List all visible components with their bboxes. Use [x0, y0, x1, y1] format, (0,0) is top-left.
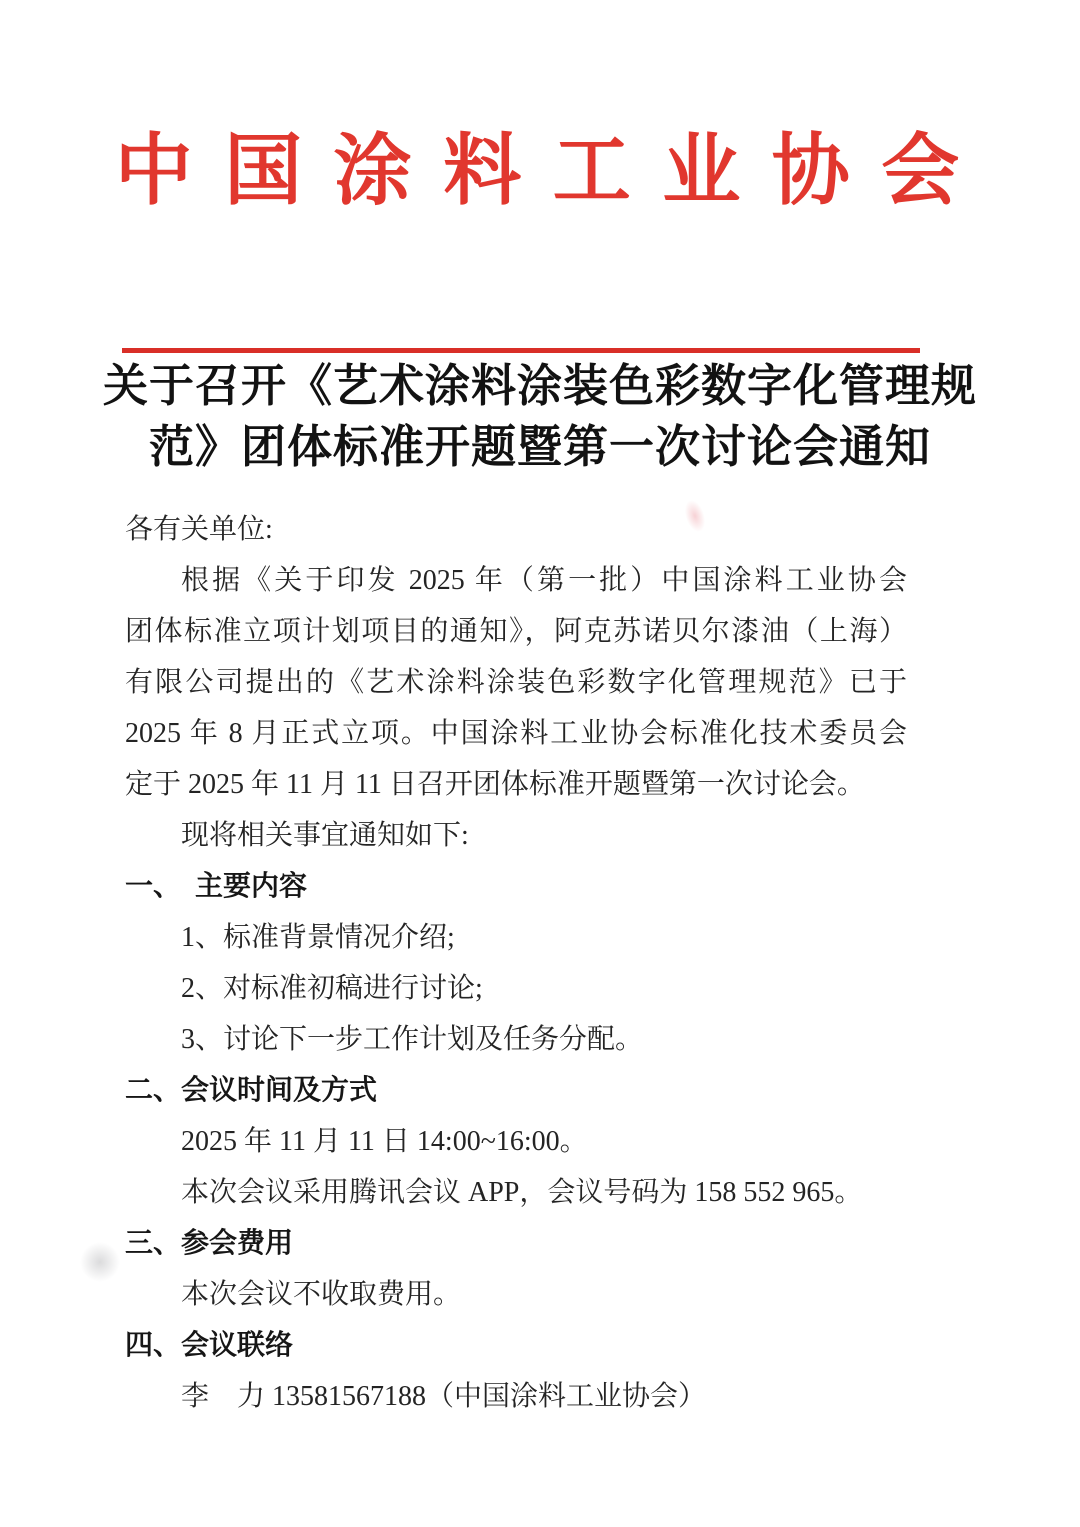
- letterhead-divider-line: [122, 348, 920, 353]
- scan-artifact-smudge: [73, 1235, 127, 1289]
- section-1-heading: 一、 主要内容: [125, 861, 907, 912]
- section-1-item-1: 1、标准背景情况介绍;: [125, 912, 907, 963]
- salutation-line: 各有关单位:: [125, 504, 907, 555]
- section-fees: 三、参会费用 本次会议不收取费用。: [125, 1218, 907, 1320]
- paragraph-line: 定于 2025 年 11 月 11 日召开团体标准开题暨第一次讨论会。: [125, 759, 907, 810]
- document-title: 关于召开《艺术涂料涂装色彩数字化管理规 范》团体标准开题暨第一次讨论会通知: [70, 356, 1010, 478]
- section-meeting-time: 二、会议时间及方式 2025 年 11 月 11 日 14:00~16:00。 …: [125, 1065, 907, 1218]
- section-2-item-1: 2025 年 11 月 11 日 14:00~16:00。: [125, 1116, 907, 1167]
- document-body: 各有关单位: 根据《关于印发 2025 年（第一批）中国涂料工业协会 团体标准立…: [125, 504, 907, 1422]
- paragraph-line: 2025 年 8 月正式立项。中国涂料工业协会标准化技术委员会: [125, 708, 907, 759]
- intro-paragraph: 根据《关于印发 2025 年（第一批）中国涂料工业协会 团体标准立项计划项目的通…: [125, 555, 907, 810]
- paragraph-line: 有限公司提出的《艺术涂料涂装色彩数字化管理规范》已于: [125, 657, 907, 708]
- section-4-heading: 四、会议联络: [125, 1320, 907, 1371]
- section-2-heading: 二、会议时间及方式: [125, 1065, 907, 1116]
- section-3-item-1: 本次会议不收取费用。: [125, 1269, 907, 1320]
- section-main-content: 一、 主要内容 1、标准背景情况介绍; 2、对标准初稿进行讨论; 3、讨论下一步…: [125, 861, 907, 1065]
- letterhead-org-name: 中 国 涂 料 工 业 协 会: [0, 128, 1080, 214]
- lead-in-line: 现将相关事宜通知如下:: [125, 810, 907, 861]
- section-4-item-1: 李 力 13581567188（中国涂料工业协会）: [125, 1371, 907, 1422]
- section-3-heading: 三、参会费用: [125, 1218, 907, 1269]
- section-1-item-2: 2、对标准初稿进行讨论;: [125, 963, 907, 1014]
- paragraph-line: 根据《关于印发 2025 年（第一批）中国涂料工业协会: [125, 555, 907, 606]
- section-1-item-3: 3、讨论下一步工作计划及任务分配。: [125, 1014, 907, 1065]
- paragraph-line: 团体标准立项计划项目的通知》，阿克苏诺贝尔漆油（上海）: [125, 606, 907, 657]
- document-title-line2: 范》团体标准开题暨第一次讨论会通知: [70, 417, 1010, 478]
- section-2-item-2: 本次会议采用腾讯会议 APP，会议号码为 158 552 965。: [125, 1167, 907, 1218]
- scanned-notice-page: 中 国 涂 料 工 业 协 会 关于召开《艺术涂料涂装色彩数字化管理规 范》团体…: [0, 0, 1080, 1527]
- section-contact: 四、会议联络 李 力 13581567188（中国涂料工业协会）: [125, 1320, 907, 1422]
- document-title-line1: 关于召开《艺术涂料涂装色彩数字化管理规: [70, 356, 1010, 417]
